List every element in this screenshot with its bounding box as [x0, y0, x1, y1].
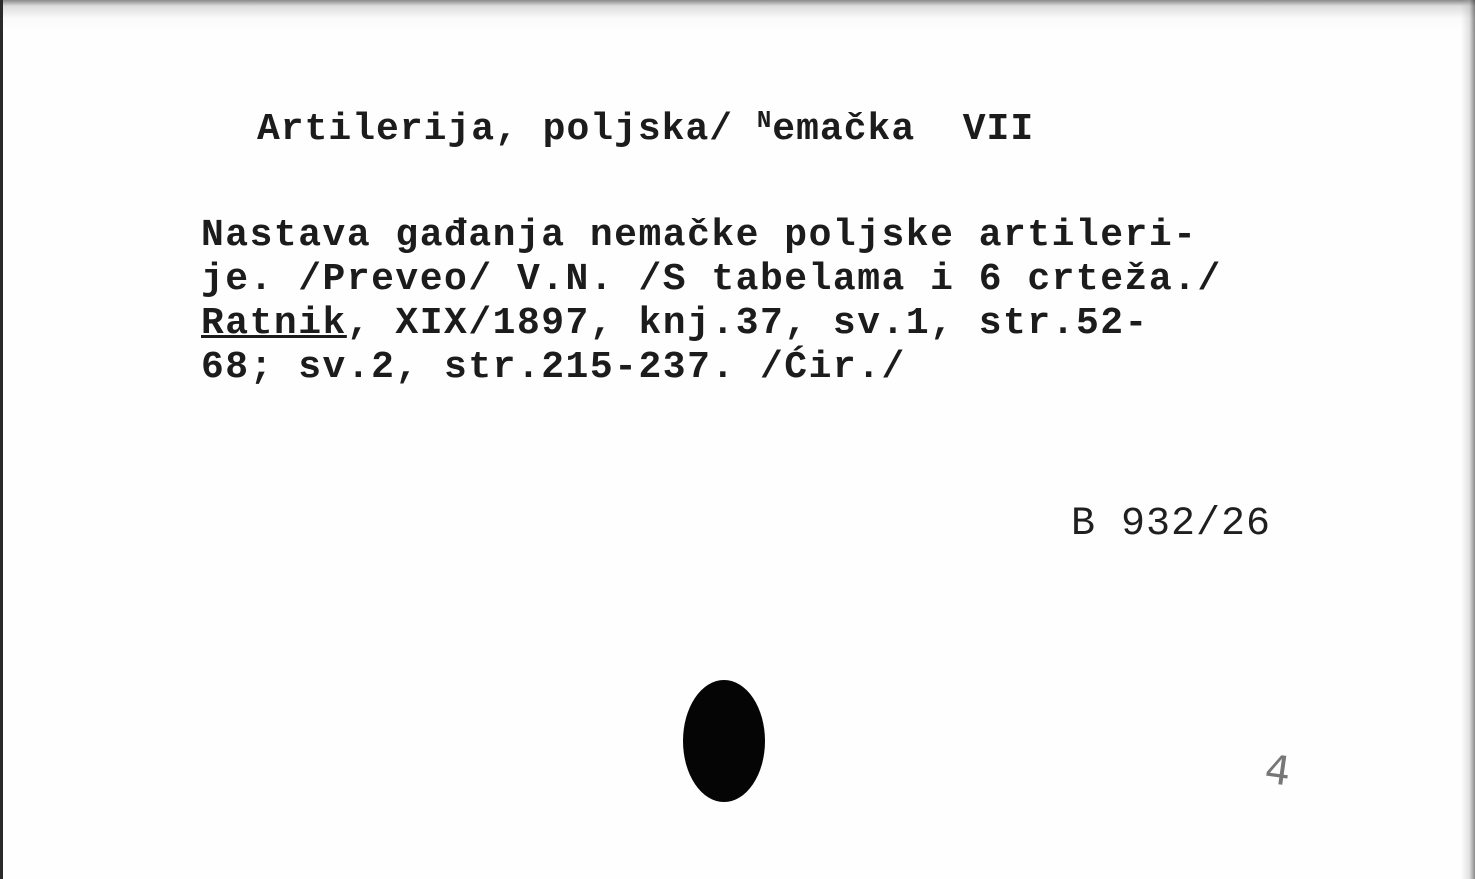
country-name: emačka [772, 108, 915, 151]
catalog-card: Artilerija, poljska/ Nemačka VII Nastava… [0, 0, 1475, 879]
section-number: VII [963, 108, 1034, 151]
entry-line-2: je. /Preveo/ V.N. /S tabelama i 6 crteža… [201, 258, 1222, 302]
card-edge [1461, 0, 1475, 879]
card-heading: Artilerija, poljska/ Nemačka VII [257, 108, 1034, 151]
entry-line-1: Nastava gađanja nemačke poljske artileri… [201, 214, 1222, 258]
bibliographic-entry: Nastava gađanja nemačke poljske artileri… [201, 214, 1222, 390]
call-number: B 932/26 [1071, 502, 1271, 547]
handwritten-mark: 4 [1262, 746, 1294, 795]
subject-heading: Artilerija, poljska/ [257, 108, 733, 151]
country-initial: N [757, 108, 772, 135]
punch-hole-icon [683, 680, 765, 802]
journal-title: Ratnik [201, 302, 347, 345]
scan-edge-shadow [3, 0, 1475, 30]
entry-line-3: Ratnik, XIX/1897, knj.37, sv.1, str.52- [201, 302, 1222, 346]
entry-line-4: 68; sv.2, str.215-237. /Ćir./ [201, 346, 1222, 390]
